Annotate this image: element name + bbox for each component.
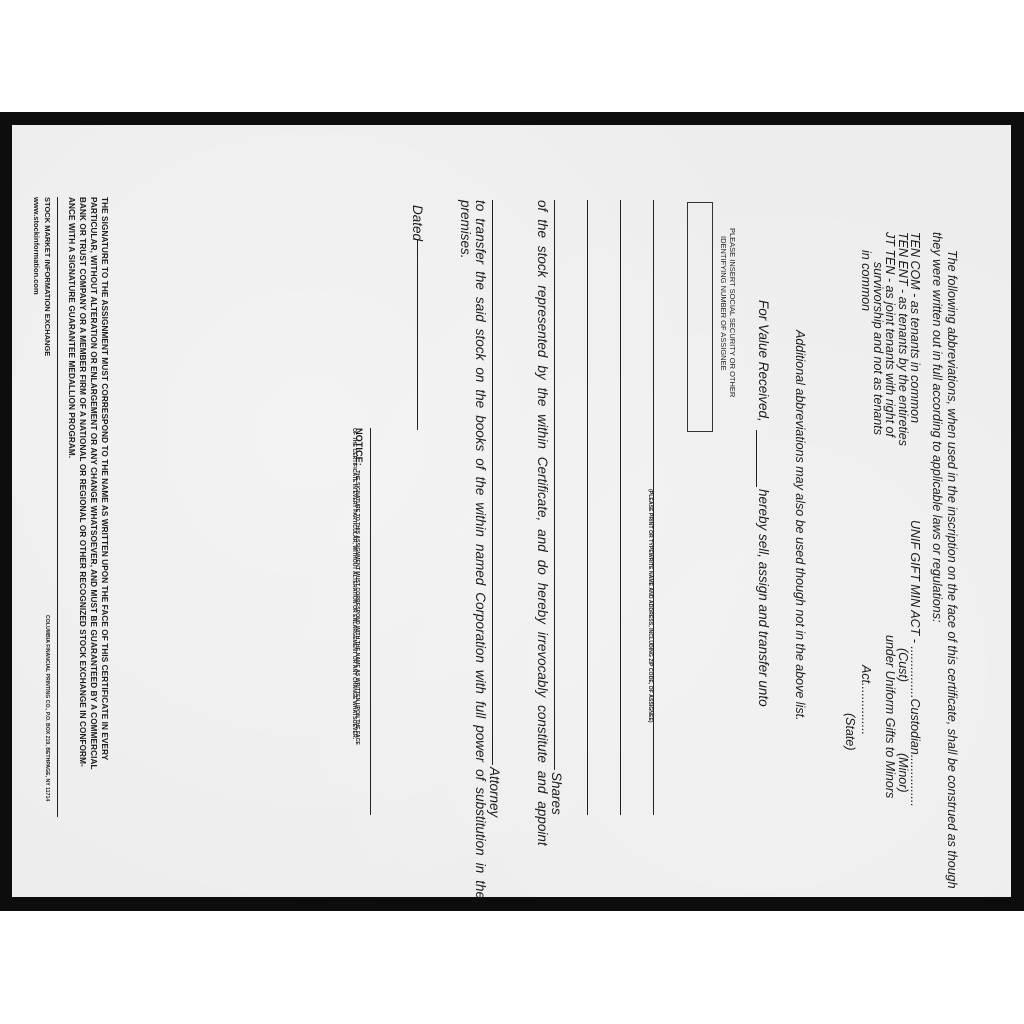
dated-label: Dated (411, 205, 425, 241)
footer-org-name: STOCK MARKET INFORMATION EXCHANGE (44, 197, 52, 356)
footer-website: www.stockinformation.com (33, 197, 41, 295)
footer-rule (57, 197, 58, 817)
ssn-input-box[interactable] (687, 202, 713, 432)
abbr-meaning: - as tenants in common (908, 293, 922, 423)
guarantee-line-1: THE SIGNATURE TO THE ASSIGNMENT MUST COR… (100, 197, 108, 760)
transfer-text-line-1: to transfer the said stock on the books … (474, 200, 488, 815)
guarantee-line-4: ANCE WITH A SIGNATURE GUARANTEE MEDALLIO… (67, 197, 75, 458)
state-label: (State) (844, 713, 857, 751)
jt-ten-continuation-1: survivorship and not as tenants (872, 262, 885, 435)
act-line: Act............... (860, 665, 873, 735)
notice-line-2: OF THE CERTIFICATE IN EVERY PARTICULAR, … (351, 428, 356, 739)
jt-ten-continuation-2: in common (860, 250, 873, 311)
cust-label: (Cust) (897, 648, 910, 682)
abbr-code: TEN COM (908, 232, 922, 290)
attorney-label: Attorney (488, 767, 502, 817)
abbr-meaning: - as tenants by the entireties (896, 289, 910, 446)
abbr-meaning: - as joint tenants with right of (883, 278, 897, 437)
transfer-text-line-2: premises. (459, 200, 473, 259)
assignee-address-line-1[interactable] (620, 200, 621, 815)
abbr-code: JT TEN (883, 232, 897, 274)
ssn-label-line-2: IDENTIFYING NUMBER OF ASSIGNEE (720, 236, 728, 371)
intro-line-1: The following abbreviations, when used i… (946, 250, 959, 889)
guarantee-line-2: PARTICULAR, WITHOUT ALTERATION OR ENLARG… (89, 197, 97, 770)
signature-line[interactable] (370, 428, 371, 815)
additional-abbreviations-note: Additional abbreviations may also be use… (794, 330, 807, 721)
assignee-address-line-2[interactable] (587, 200, 588, 815)
attorney-blank-line[interactable] (492, 200, 493, 765)
shares-label: Shares (550, 772, 564, 815)
abbr-code: TEN ENT (896, 232, 910, 285)
assignment-form-page: The following abbreviations, when used i… (12, 125, 1011, 897)
assignor-blank-line[interactable] (756, 430, 757, 487)
uniform-gifts-line: under Uniform Gifts to Minors (884, 635, 897, 798)
footer-printer: COLUMBIA FINANCIAL PRINTING CO., P.O. BO… (44, 615, 49, 801)
minor-label: (Minor) (897, 753, 910, 793)
assignee-instruction: (PLEASE PRINT OR TYPEWRITE NAME AND ADDR… (647, 489, 652, 723)
assignee-name-line[interactable] (653, 200, 654, 815)
guarantee-line-3: BANK OR TRUST COMPANY OR A MEMBER FIRM O… (78, 197, 86, 767)
intro-line-2: they were written out in full according … (931, 232, 944, 623)
unif-gift-line: UNIF GIFT MIN ACT - ...............Custo… (909, 520, 922, 807)
abbr-ten-com: TEN COM - as tenants in common (909, 232, 922, 423)
ssn-label-line-1: PLEASE INSERT SOCIAL SECURITY OR OTHER (729, 228, 737, 397)
shares-blank-line[interactable] (554, 200, 555, 770)
stock-represented-text: of the stock represented by the within C… (536, 200, 550, 815)
sell-assign-transfer-text: hereby sell, assign and transfer unto (757, 489, 771, 707)
date-blank-line[interactable] (417, 240, 418, 430)
abbr-ten-ent: TEN ENT - as tenants by the entireties (897, 232, 910, 446)
for-value-received-label: For Value Received, (757, 300, 771, 422)
abbr-jt-ten: JT TEN - as joint tenants with right of (884, 232, 897, 437)
